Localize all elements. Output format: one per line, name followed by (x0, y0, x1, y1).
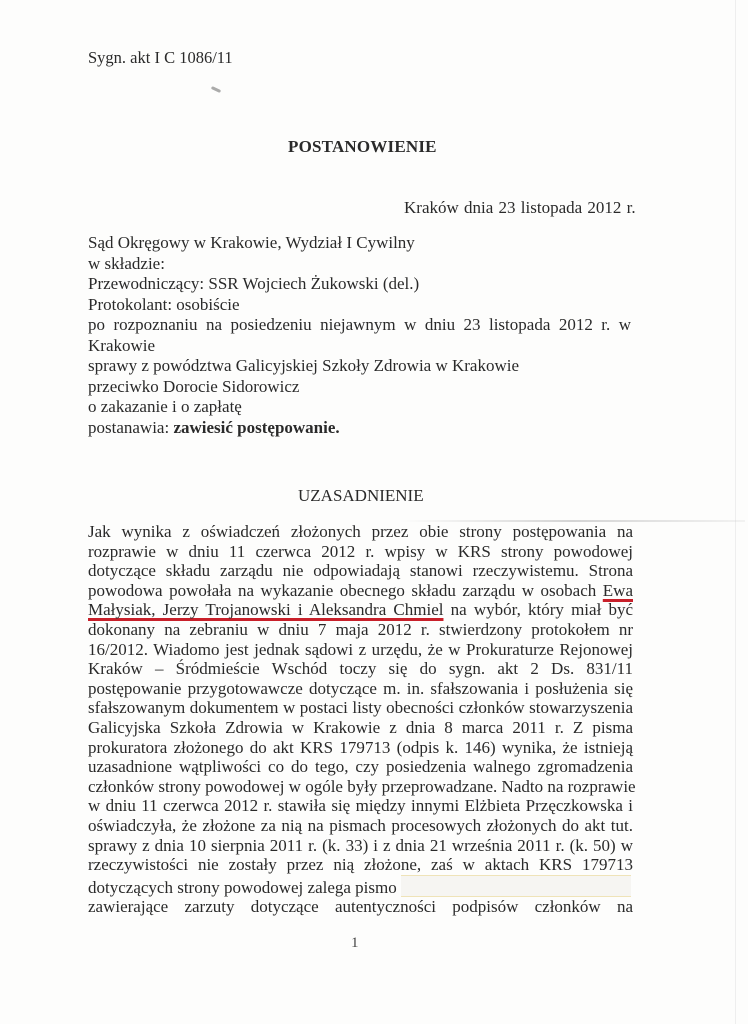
presiding-judge: Przewodniczący: SSR Wojciech Żukowski (d… (88, 274, 631, 295)
document-page: Sygn. akt I C 1086/11 POSTANOWIENIE Krak… (0, 0, 748, 1024)
body-line: sprawy z dnia 10 sierpnia 2011 r. (k. 33… (88, 836, 633, 856)
body-line: prokuratora złożonego do akt KRS 179713 … (88, 738, 633, 758)
underlined-name: Ewa (603, 581, 633, 600)
body-line: rozprawie w dniu 11 czerwca 2012 r. wpis… (88, 542, 633, 562)
ruling: postanawia: zawiesić postępowanie. (88, 418, 631, 439)
body-line: powodowa powołała na wykazanie obecnego … (88, 581, 633, 601)
body-line: Galicyjska Szkoła Zdrowia w Krakowie z d… (88, 718, 633, 738)
justification-body: Jak wynika z oświadczeń złożonych przez … (88, 522, 633, 917)
body-line: zawierające zarzuty dotyczące autentyczn… (88, 897, 633, 917)
court-name: Sąd Okręgowy w Krakowie, Wydział I Cywil… (88, 233, 631, 254)
body-line: Małysiak, Jerzy Trojanowski i Aleksandra… (88, 600, 633, 620)
case-reference: Sygn. akt I C 1086/11 (88, 48, 233, 68)
composition-label: w składzie: (88, 254, 631, 275)
body-text-segment: powodowa powołała na wykazanie obecnego … (88, 581, 603, 600)
case-subject: o zakazanie i o zapłatę (88, 397, 631, 418)
clerk: Protokolant: osobiście (88, 295, 631, 316)
document-title: POSTANOWIENIE (288, 137, 437, 157)
ruling-prefix: postanawia: (88, 418, 173, 437)
place-date: Kraków dnia 23 listopada 2012 r. (404, 198, 636, 218)
underlined-names: Małysiak, Jerzy Trojanowski i Aleksandra… (88, 600, 443, 619)
body-line: w dniu 11 czerwca 2012 r. stawiła się mi… (88, 796, 633, 816)
body-line: oświadczyła, że złożone za nią na pismac… (88, 816, 633, 836)
redacted-block (401, 875, 631, 897)
body-text-segment: dotyczących strony powodowej zalega pism… (88, 878, 397, 897)
hearing-line: po rozpoznaniu na posiedzeniu niejawnym … (88, 315, 631, 336)
court-header: Sąd Okręgowy w Krakowie, Wydział I Cywil… (88, 233, 631, 438)
justification-title: UZASADNIENIE (298, 486, 424, 506)
body-line: Jak wynika z oświadczeń złożonych przez … (88, 522, 633, 542)
scan-edge (735, 0, 736, 1024)
body-text-segment: na wybór, który miał być (443, 600, 633, 619)
body-line: dotyczące składu zarządu nie odpowiadają… (88, 561, 633, 581)
body-line: rzeczywistości nie zostały przez nią zło… (88, 855, 633, 875)
body-line: 16/2012. Wiadomo jest jednak sądowi z ur… (88, 640, 633, 660)
ruling-decision: zawiesić postępowanie. (173, 418, 339, 437)
body-line: dokonany na zebraniu w dniu 7 maja 2012 … (88, 620, 633, 640)
page-number: 1 (351, 935, 359, 952)
hearing-place: Krakowie (88, 336, 631, 357)
body-line: dotyczących strony powodowej zalega pism… (88, 875, 633, 898)
case-plaintiff: sprawy z powództwa Galicyjskiej Szkoły Z… (88, 356, 631, 377)
body-line: postępowanie przygotowawcze dotyczące m.… (88, 679, 633, 699)
body-line: uzasadnione wątpliwości co do tego, czy … (88, 757, 633, 777)
body-line: członków strony powodowej w ogóle były p… (88, 777, 633, 797)
case-defendant: przeciwko Dorocie Sidorowicz (88, 377, 631, 398)
body-line: Kraków – Śródmieście Wschód toczy się do… (88, 659, 633, 679)
scan-speck (211, 86, 221, 93)
body-line: sfałszowanym dokumentem w postaci listy … (88, 698, 633, 718)
